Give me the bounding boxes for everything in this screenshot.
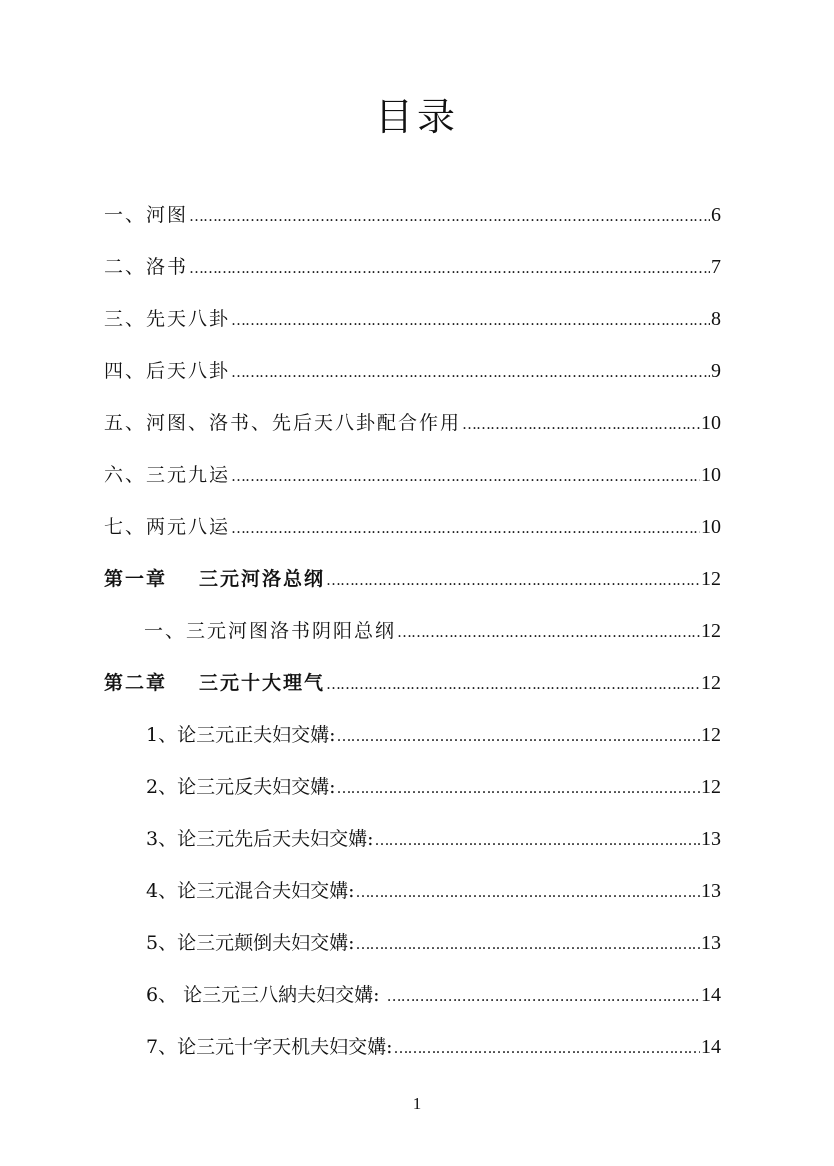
toc-entry[interactable]: 六、三元九运 10: [104, 460, 721, 490]
toc-entry-page: 13: [701, 932, 721, 955]
dot-leader: [326, 675, 700, 693]
toc-entry-page: 13: [701, 828, 721, 851]
dot-leader: [394, 1039, 701, 1057]
toc-entry-label: 五、河图、洛书、先后天八卦配合作用: [104, 408, 461, 435]
toc-entry-label: 2、论三元反夫妇交媾:: [146, 772, 336, 799]
toc-entry[interactable]: 3、论三元先后天夫妇交媾: 13: [146, 824, 721, 854]
toc-entry-page: 10: [701, 516, 721, 539]
toc-entry-label: 四、后天八卦: [104, 356, 230, 383]
toc-entry-page: 10: [701, 464, 721, 487]
toc-entry[interactable]: 三、先天八卦 8: [104, 304, 721, 334]
dot-leader: [231, 311, 710, 329]
toc-entry[interactable]: 二、洛书 7: [104, 252, 721, 282]
dot-leader: [231, 467, 700, 485]
dot-leader: [231, 363, 710, 381]
toc-entry-page: 12: [701, 568, 721, 591]
toc-entry-page: 12: [701, 776, 721, 799]
page-number: 1: [0, 1094, 834, 1114]
dot-leader: [375, 831, 701, 849]
toc-entry-page: 14: [701, 1036, 721, 1059]
toc-entry-label: 3、论三元先后天夫妇交媾:: [146, 824, 374, 851]
toc-entry-page: 12: [701, 620, 721, 643]
chapter-title: 三元十大理气: [199, 672, 325, 694]
toc-chapter-label: 第二章三元十大理气: [104, 668, 325, 695]
toc-entry-label: 一、三元河图洛书阴阳总纲: [144, 616, 396, 643]
toc-entry[interactable]: 四、后天八卦 9: [104, 356, 721, 386]
dot-leader: [356, 935, 701, 953]
toc-entry[interactable]: 2、论三元反夫妇交媾: 12: [146, 772, 721, 802]
toc-entry-page: 9: [711, 360, 721, 383]
toc-entry-label: 6、 论三元三八納夫妇交媾:: [146, 980, 386, 1007]
toc-entry[interactable]: 1、论三元正夫妇交媾: 12: [146, 720, 721, 750]
toc-entry-page: 7: [711, 256, 721, 279]
toc-chapter-entry[interactable]: 第二章三元十大理气 12: [104, 668, 721, 698]
dot-leader: [356, 883, 701, 901]
toc-entry[interactable]: 七、两元八运 10: [104, 512, 721, 542]
toc-entry-label: 4、论三元混合夫妇交媾:: [146, 876, 355, 903]
dot-leader: [326, 571, 700, 589]
chapter-number: 第一章: [104, 568, 167, 590]
dot-leader: [387, 987, 700, 1005]
toc-chapter-label: 第一章三元河洛总纲: [104, 564, 325, 591]
toc-title: 目录: [0, 86, 834, 141]
toc-entry-label: 六、三元九运: [104, 460, 230, 487]
toc-entry-page: 12: [701, 724, 721, 747]
toc-entry-label: 二、洛书: [104, 252, 188, 279]
dot-leader: [231, 519, 700, 537]
dot-leader: [337, 727, 701, 745]
toc-entry[interactable]: 一、三元河图洛书阴阳总纲 12: [144, 616, 721, 646]
toc-entry[interactable]: 一、河图 6: [104, 200, 721, 230]
toc-entry[interactable]: 7、论三元十字天机夫妇交媾: 14: [146, 1032, 721, 1062]
dot-leader: [189, 259, 710, 277]
dot-leader: [397, 623, 700, 641]
toc-entry[interactable]: 5、论三元颠倒夫妇交媾: 13: [146, 928, 721, 958]
toc-entry-label: 三、先天八卦: [104, 304, 230, 331]
dot-leader: [337, 779, 701, 797]
toc-entry-label: 7、论三元十字天机夫妇交媾:: [146, 1032, 393, 1059]
toc-entry-page: 12: [701, 672, 721, 695]
chapter-title: 三元河洛总纲: [199, 568, 325, 590]
toc-entry[interactable]: 6、 论三元三八納夫妇交媾: 14: [146, 980, 721, 1010]
toc-entry-label: 1、论三元正夫妇交媾:: [146, 720, 336, 747]
toc-entry[interactable]: 五、河图、洛书、先后天八卦配合作用 10: [104, 408, 721, 438]
toc-entry-page: 14: [701, 984, 721, 1007]
toc-entry-label: 5、论三元颠倒夫妇交媾:: [146, 928, 355, 955]
toc-entry-page: 13: [701, 880, 721, 903]
toc-entry[interactable]: 4、论三元混合夫妇交媾: 13: [146, 876, 721, 906]
chapter-number: 第二章: [104, 672, 167, 694]
dot-leader: [462, 415, 700, 433]
toc-entry-page: 8: [711, 308, 721, 331]
dot-leader: [189, 207, 710, 225]
toc-entry-page: 10: [701, 412, 721, 435]
toc-entry-page: 6: [711, 204, 721, 227]
toc-chapter-entry[interactable]: 第一章三元河洛总纲 12: [104, 564, 721, 594]
toc-entry-label: 七、两元八运: [104, 512, 230, 539]
toc-entry-label: 一、河图: [104, 200, 188, 227]
